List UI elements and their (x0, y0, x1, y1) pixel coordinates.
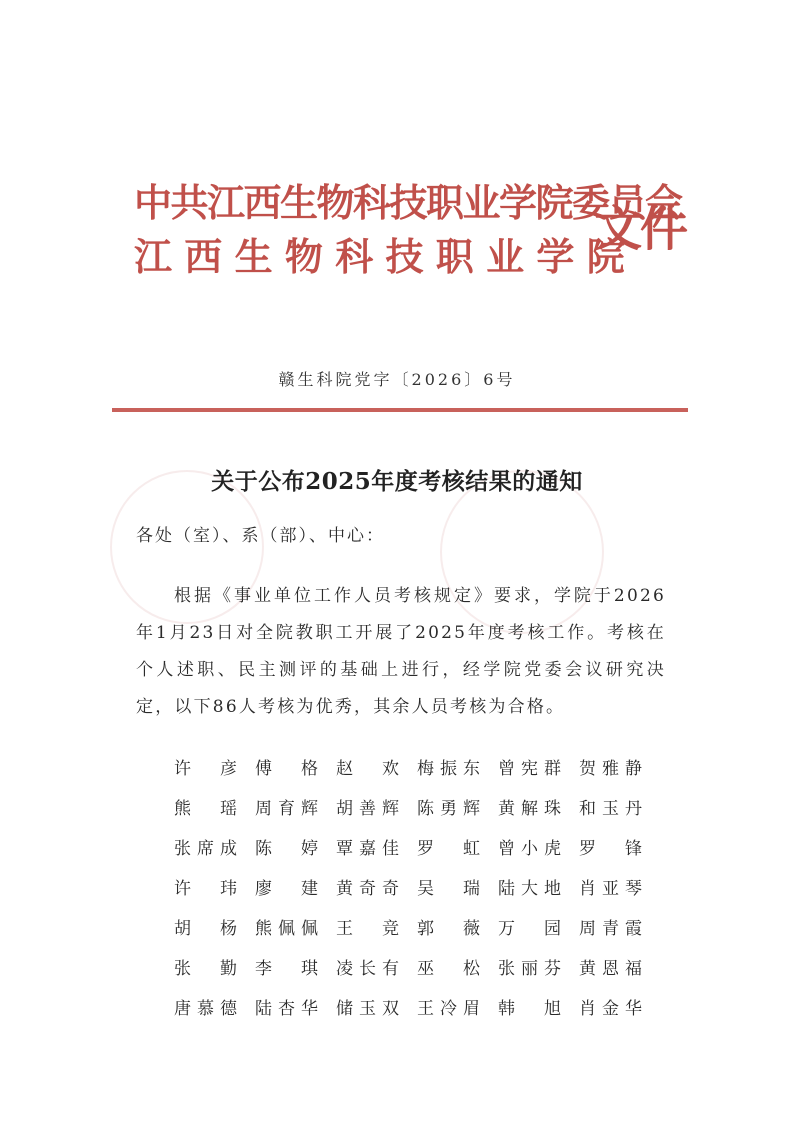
person-name: 肖金华 (579, 994, 660, 1019)
person-name: 曾小虎 (498, 834, 579, 859)
person-name: 熊佩佩 (255, 914, 336, 939)
person-name: 凌长有 (336, 954, 417, 979)
person-name: 韩旭 (498, 994, 579, 1019)
person-name: 许彦 (174, 754, 255, 779)
name-row: 张席成陈婷覃嘉佳罗虹曾小虎罗锋 (174, 826, 660, 866)
person-name: 罗锋 (579, 834, 660, 859)
person-name: 王竞 (336, 914, 417, 939)
header-line-college: 江西生物科技职业学院 (134, 226, 637, 281)
person-name: 廖建 (255, 874, 336, 899)
document-number: 赣生科院党字〔2026〕6号 (0, 367, 794, 390)
person-name: 张丽芬 (498, 954, 579, 979)
person-name: 唐慕德 (174, 994, 255, 1019)
person-name: 黄解珠 (498, 794, 579, 819)
person-name: 肖亚琴 (579, 874, 660, 899)
person-name: 罗虹 (417, 834, 498, 859)
name-row: 唐慕德陆杏华储玉双王冷眉韩旭肖金华 (174, 986, 660, 1026)
person-name: 覃嘉佳 (336, 834, 417, 859)
person-name: 胡杨 (174, 914, 255, 939)
person-name: 熊瑶 (174, 794, 255, 819)
name-row: 熊瑶周育辉胡善辉陈勇辉黄解珠和玉丹 (174, 786, 660, 826)
person-name: 曾宪群 (498, 754, 579, 779)
person-name: 和玉丹 (579, 794, 660, 819)
person-name: 张席成 (174, 834, 255, 859)
person-name: 傅格 (255, 754, 336, 779)
header-suffix-document: 文件 (594, 190, 686, 259)
name-row: 许彦傅格赵欢梅振东曾宪群贺雅静 (174, 746, 660, 786)
name-row: 许玮廖建黄奇奇吴瑞陆大地肖亚琴 (174, 866, 660, 906)
person-name: 黄奇奇 (336, 874, 417, 899)
name-row: 张勤李琪凌长有巫松张丽芬黄恩福 (174, 946, 660, 986)
body-paragraph: 根据《事业单位工作人员考核规定》要求，学院于2026年1月23日对全院教职工开展… (136, 578, 666, 726)
person-name: 陈勇辉 (417, 794, 498, 819)
person-name: 王冷眉 (417, 994, 498, 1019)
person-name: 李琪 (255, 954, 336, 979)
person-name: 赵欢 (336, 754, 417, 779)
salutation: 各处（室）、系（部）、中心： (136, 521, 385, 546)
person-name: 周育辉 (255, 794, 336, 819)
person-name: 张勤 (174, 954, 255, 979)
person-name: 梅振东 (417, 754, 498, 779)
person-name: 陆大地 (498, 874, 579, 899)
person-name: 胡善辉 (336, 794, 417, 819)
person-name: 周青霞 (579, 914, 660, 939)
person-name: 万园 (498, 914, 579, 939)
notice-title: 关于公布2025年度考核结果的通知 (0, 463, 794, 496)
person-name: 陈婷 (255, 834, 336, 859)
person-name: 郭薇 (417, 914, 498, 939)
person-name: 巫松 (417, 954, 498, 979)
person-name: 陆杏华 (255, 994, 336, 1019)
person-name: 吴瑞 (417, 874, 498, 899)
person-name: 储玉双 (336, 994, 417, 1019)
name-row: 胡杨熊佩佩王竞郭薇万园周青霞 (174, 906, 660, 946)
excellent-names-list: 许彦傅格赵欢梅振东曾宪群贺雅静熊瑶周育辉胡善辉陈勇辉黄解珠和玉丹张席成陈婷覃嘉佳… (174, 746, 660, 1026)
person-name: 许玮 (174, 874, 255, 899)
red-divider (112, 408, 688, 412)
person-name: 贺雅静 (579, 754, 660, 779)
person-name: 黄恩福 (579, 954, 660, 979)
